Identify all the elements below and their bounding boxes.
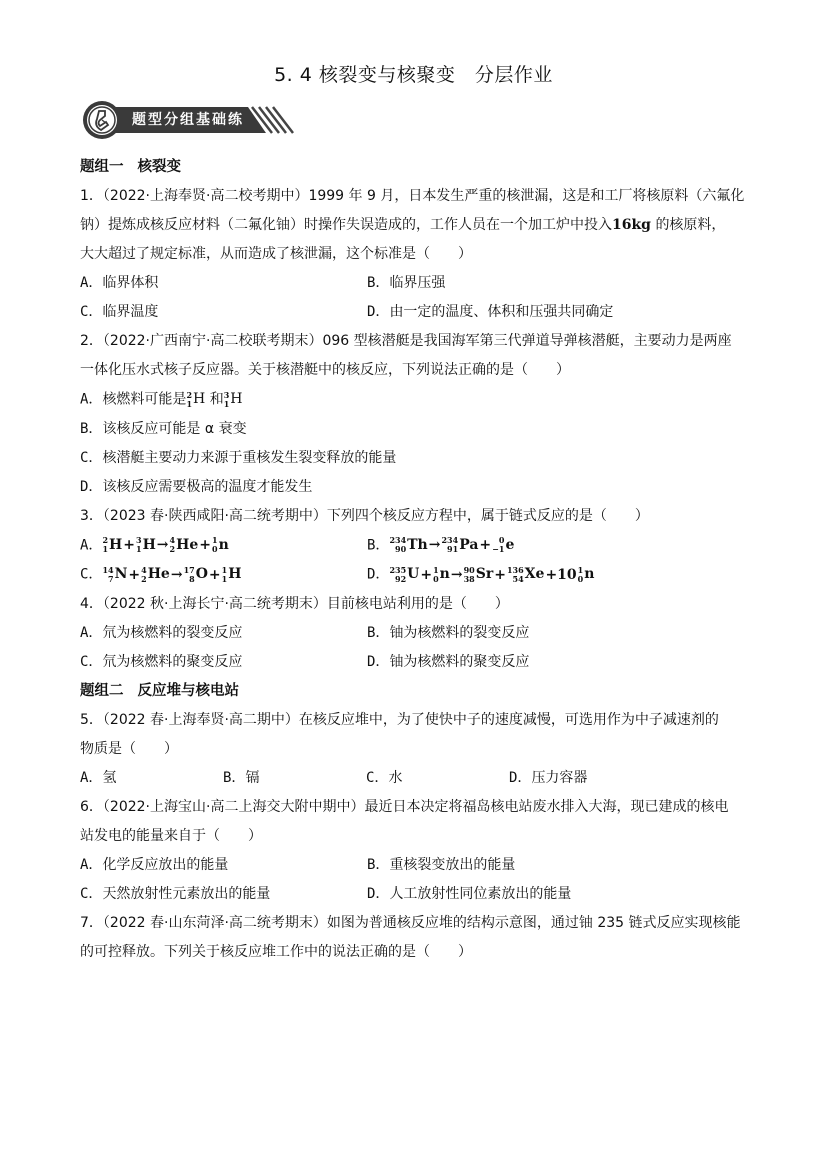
- question-source: （2022·上海奉贤·高二校考期中）: [103, 188, 309, 204]
- banner-label: 题型分组基础练: [132, 109, 244, 129]
- worksheet-page: 5. 4 核裂变与核聚变 分层作业 题型分组基础练 题组一核裂变 1．（20: [0, 0, 827, 1169]
- question-text: 站发电的能量来自于（ ）: [80, 828, 262, 844]
- question-number: 1．: [80, 188, 103, 204]
- question-6: 6．（2022·上海宝山·高二上海交大附中期中）最近日本决定将福岛核电站废水排入…: [80, 793, 750, 909]
- question-text: 的核原料，: [655, 217, 725, 233]
- option-c[interactable]: C．氘为核燃料的聚变反应: [80, 648, 367, 677]
- option-c[interactable]: C．天然放射性元素放出的能量: [80, 880, 367, 909]
- option-a[interactable]: A．氘为核燃料的裂变反应: [80, 619, 367, 648]
- question-number: 2．: [80, 333, 103, 349]
- question-source: （2022 春·山东菏泽·高二统考期末）: [103, 915, 327, 931]
- option-c[interactable]: C．147N+42He→178O+11H: [80, 560, 367, 590]
- option-d[interactable]: D．由一定的温度、体积和压强共同确定: [367, 298, 613, 327]
- section-heading: 题组一核裂变: [80, 153, 750, 182]
- question-text: 一体化压水式核子反应器。关于核潜艇中的核反应，下列说法正确的是（ ）: [80, 362, 570, 378]
- option-c[interactable]: C．水: [366, 764, 509, 793]
- question-source: （2022 春·上海奉贤·高二期中）: [103, 712, 299, 728]
- option-d[interactable]: D．压力容器: [509, 764, 587, 793]
- option-d[interactable]: D．铀为核燃料的聚变反应: [367, 648, 529, 677]
- option-a[interactable]: A．核燃料可能是21H 和31H: [80, 385, 750, 415]
- option-b[interactable]: B．临界压强: [367, 269, 445, 298]
- option-a[interactable]: A．化学反应放出的能量: [80, 851, 367, 880]
- option-c[interactable]: C．临界温度: [80, 298, 367, 327]
- question-text: 物质是（ ）: [80, 741, 178, 757]
- section-title: 核裂变: [138, 159, 182, 175]
- nuclear-equation: 23490Th→23491Pa+0−1e: [389, 537, 514, 553]
- option-d[interactable]: D．人工放射性同位素放出的能量: [367, 880, 571, 909]
- option-b[interactable]: B．23490Th→23491Pa+0−1e: [367, 531, 514, 561]
- question-source: （2022 秋·上海长宁·高二统考期末）: [103, 596, 327, 612]
- option-b[interactable]: B．该核反应可能是 α 衰变: [80, 415, 750, 444]
- section-heading: 题组二反应堆与核电站: [80, 677, 750, 706]
- question-text: 的可控释放。下列关于核反应堆工作中的说法正确的是（ ）: [80, 944, 472, 960]
- question-5: 5．（2022 春·上海奉贤·高二期中）在核反应堆中，为了使快中子的速度减慢，可…: [80, 706, 750, 793]
- page-title: 5. 4 核裂变与核聚变 分层作业: [0, 60, 827, 87]
- option-b[interactable]: B．重核裂变放出的能量: [367, 851, 515, 880]
- option-d[interactable]: D．该核反应需要极高的温度才能发生: [80, 473, 750, 502]
- question-source: （2022·上海宝山·高二上海交大附中期中）: [103, 799, 365, 815]
- question-text: 大大超过了规定标准，从而造成了核泄漏，这个标准是（ ）: [80, 246, 472, 262]
- isotope-tritium: 31H: [224, 385, 243, 414]
- option-a[interactable]: A．临界体积: [80, 269, 367, 298]
- option-c[interactable]: C．核潜艇主要动力来源于重核发生裂变释放的能量: [80, 444, 750, 473]
- option-b[interactable]: B．铀为核燃料的裂变反应: [367, 619, 529, 648]
- nuclear-equation: 23592U+10n→9038Sr+13654Xe+1010n: [389, 567, 594, 583]
- question-number: 4．: [80, 596, 103, 612]
- question-text: 如图为普通核反应堆的结构示意图，通过铀 235 链式反应实现核能: [327, 915, 741, 931]
- question-text: 钠）提炼成核反应材料（二氟化铀）时操作失误造成的，工作人员在一个加工炉中投入: [80, 217, 612, 233]
- nuclear-equation: 147N+42He→178O+11H: [102, 567, 241, 583]
- option-a[interactable]: A．氢: [80, 764, 223, 793]
- option-d[interactable]: D．23592U+10n→9038Sr+13654Xe+1010n: [367, 560, 594, 590]
- question-source: （2022·广西南宁·高二校联考期末）: [103, 333, 323, 349]
- section-banner: 题型分组基础练: [80, 100, 300, 140]
- question-text: 096 型核潜艇是我国海军第三代弹道导弹核潜艇，主要动力是两座: [322, 333, 731, 349]
- question-number: 5．: [80, 712, 103, 728]
- option-b[interactable]: B．镉: [223, 764, 366, 793]
- question-1: 1．（2022·上海奉贤·高二校考期中）1999 年 9 月，日本发生严重的核泄…: [80, 182, 750, 327]
- nuclear-equation: 21H+31H→42He+10n: [102, 537, 228, 553]
- question-3: 3．（2023 春·陕西咸阳·高二统考期中）下列四个核反应方程中，属于链式反应的…: [80, 502, 750, 590]
- question-text: 目前核电站利用的是（ ）: [327, 596, 509, 612]
- question-text: 最近日本决定将福岛核电站废水排入大海，现已建成的核电: [364, 799, 728, 815]
- question-text: 在核反应堆中，为了使快中子的速度减慢，可选用作为中子减速剂的: [299, 712, 719, 728]
- question-2: 2．（2022·广西南宁·高二校联考期末）096 型核潜艇是我国海军第三代弹道导…: [80, 327, 750, 502]
- mass-value: 16kg: [612, 217, 651, 233]
- scroll-icon: [92, 108, 112, 132]
- section-title: 反应堆与核电站: [138, 683, 240, 699]
- question-number: 3．: [80, 508, 103, 524]
- question-list: 题组一核裂变 1．（2022·上海奉贤·高二校考期中）1999 年 9 月，日本…: [80, 153, 750, 967]
- section-label: 题组一: [80, 159, 124, 175]
- option-a[interactable]: A．21H+31H→42He+10n: [80, 531, 367, 561]
- question-number: 7．: [80, 915, 103, 931]
- question-4: 4．（2022 秋·上海长宁·高二统考期末）目前核电站利用的是（ ） A．氘为核…: [80, 590, 750, 677]
- question-text: 下列四个核反应方程中，属于链式反应的是（ ）: [327, 508, 649, 524]
- question-number: 6．: [80, 799, 103, 815]
- question-7: 7．（2022 春·山东菏泽·高二统考期末）如图为普通核反应堆的结构示意图，通过…: [80, 909, 750, 967]
- isotope-deuterium: 21H: [186, 385, 205, 414]
- question-text: 1999 年 9 月，日本发生严重的核泄漏，这是和工厂将核原料（六氟化: [308, 188, 744, 204]
- question-source: （2023 春·陕西咸阳·高二统考期中）: [103, 508, 327, 524]
- section-label: 题组二: [80, 683, 124, 699]
